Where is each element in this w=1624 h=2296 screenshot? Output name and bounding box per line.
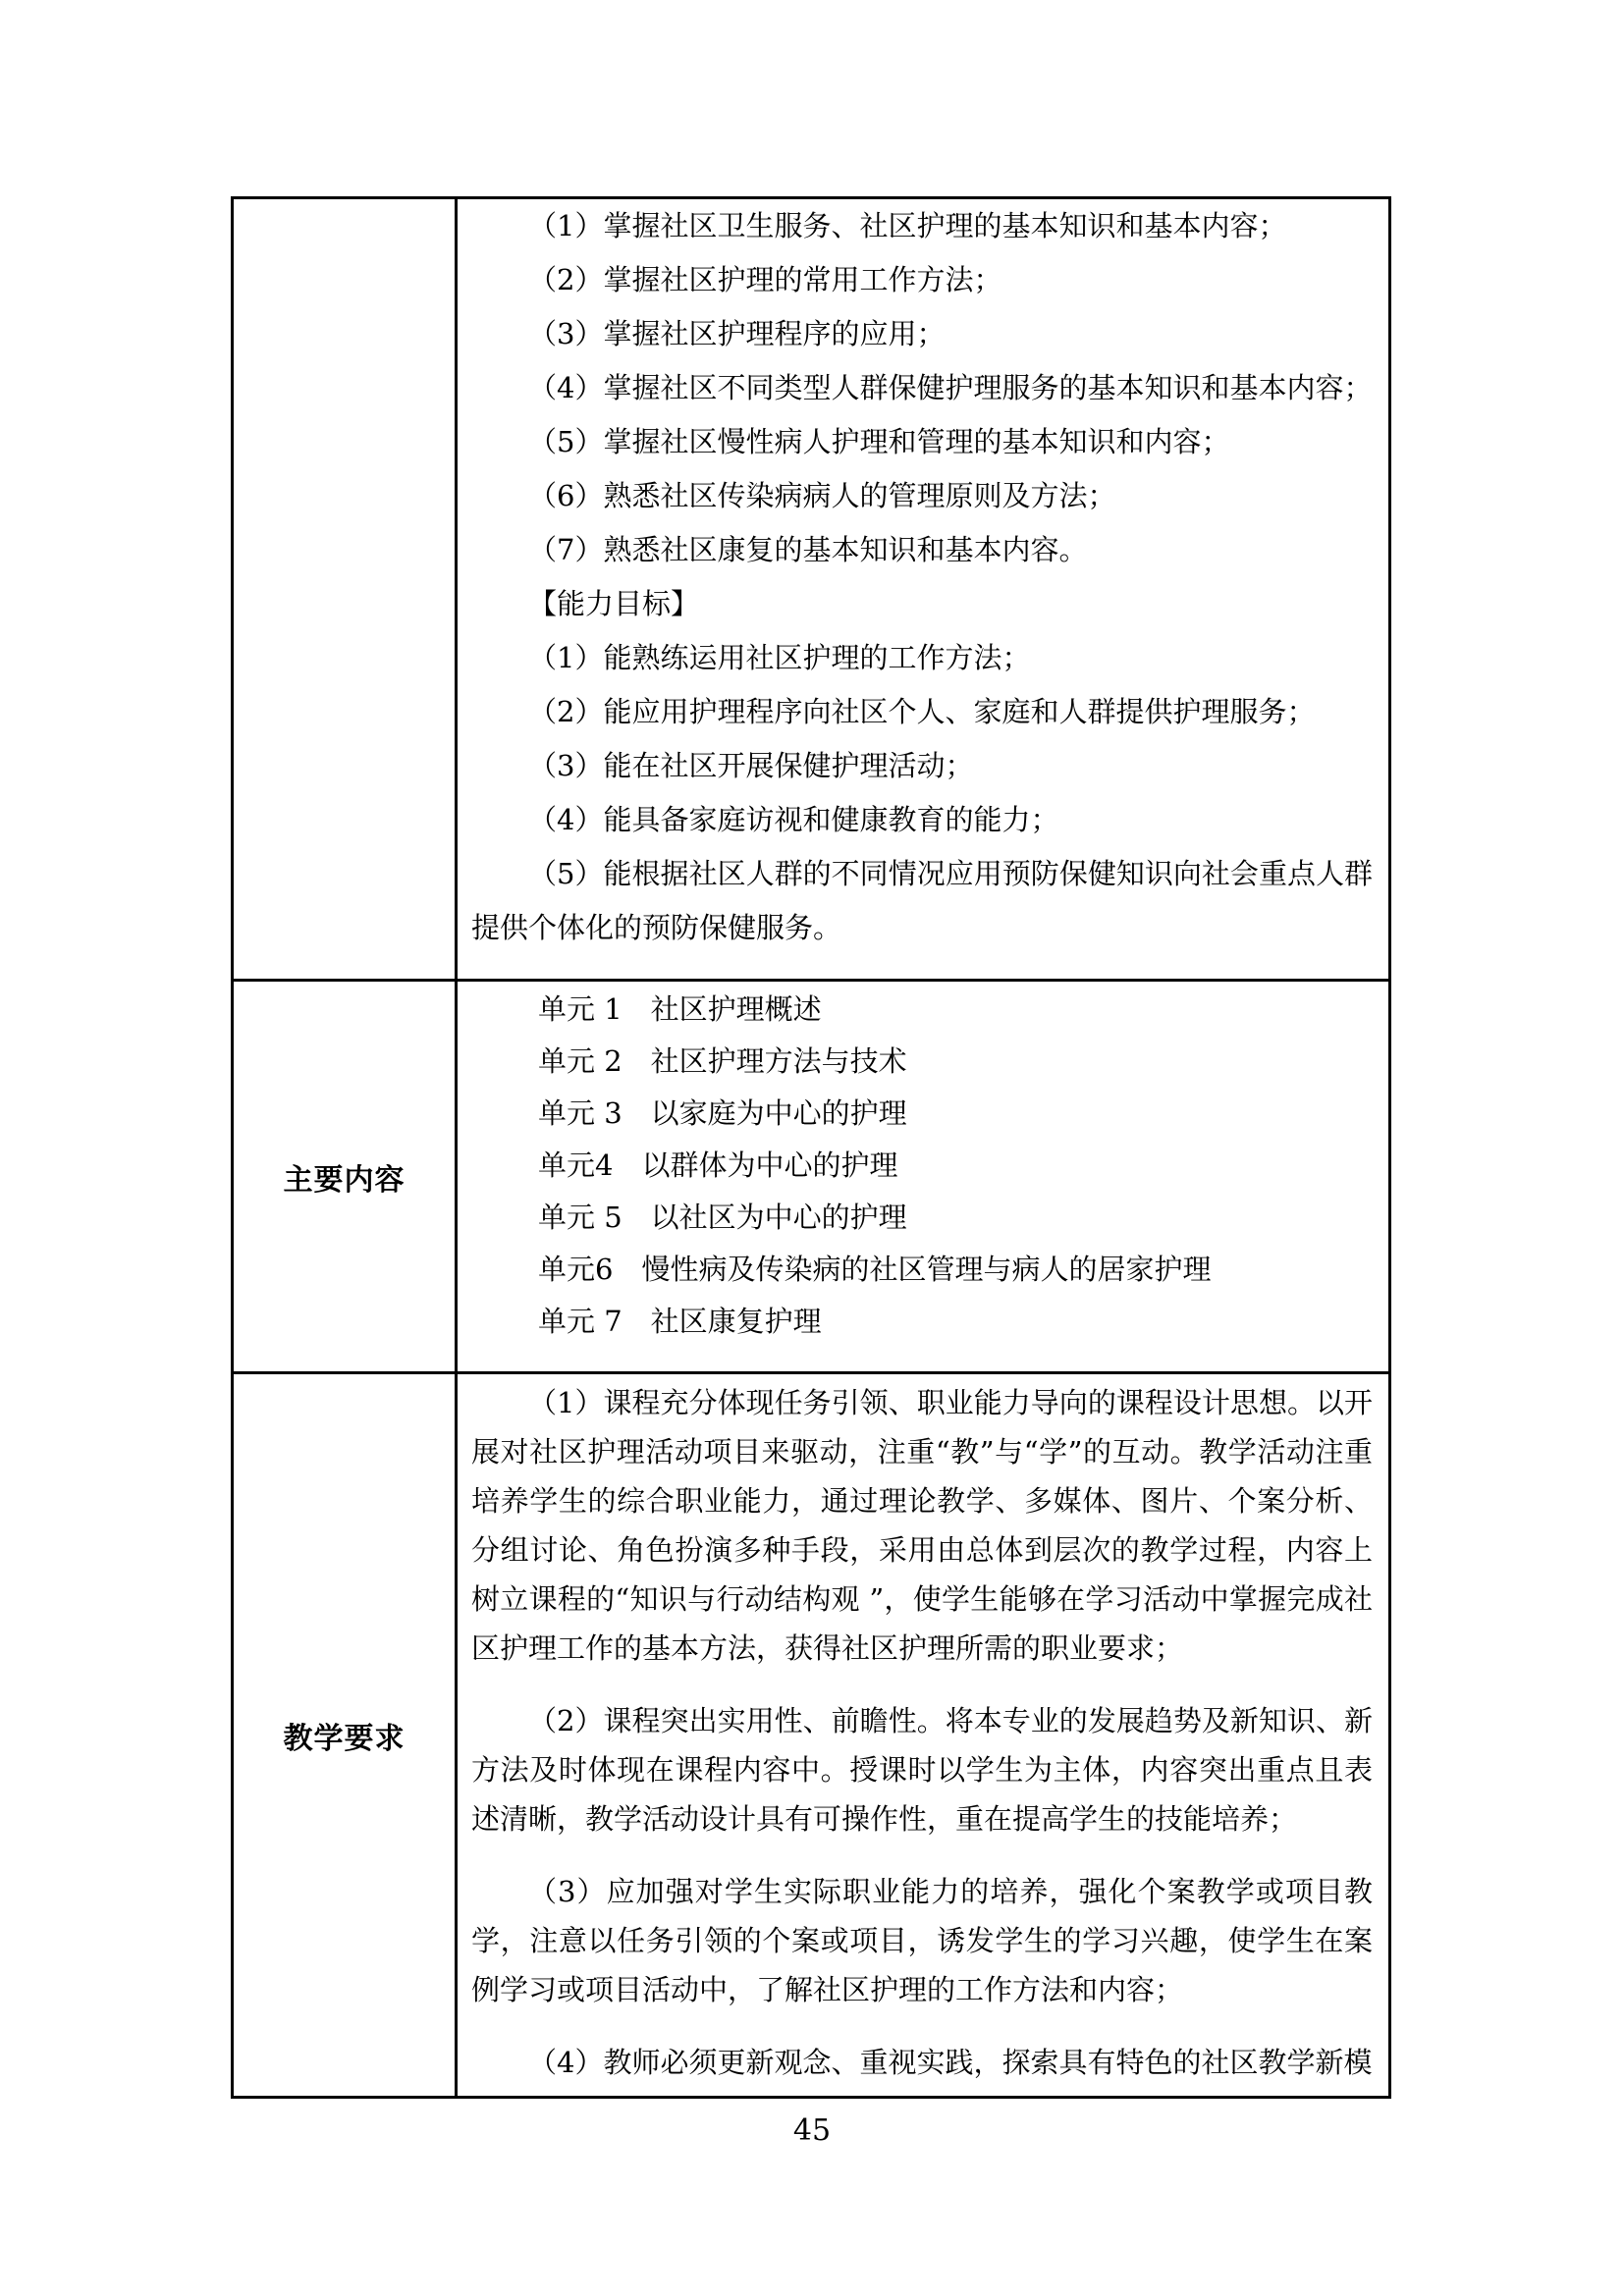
- unit-item: 单元 2 社区护理方法与技术: [471, 1036, 1373, 1088]
- objectives-content-cell: （1）掌握社区卫生服务、社区护理的基本知识和基本内容； （2）掌握社区护理的常用…: [458, 199, 1388, 979]
- curriculum-table: （1）掌握社区卫生服务、社区护理的基本知识和基本内容； （2）掌握社区护理的常用…: [231, 196, 1391, 2099]
- ability-item: （5）能根据社区人群的不同情况应用预防保健知识向社会重点人群提供个体化的预防保健…: [471, 847, 1373, 955]
- ability-item: （2）能应用护理程序向社区个人、家庭和人群提供护理服务；: [471, 685, 1373, 739]
- table-row-teaching-requirements: 教学要求 （1）课程充分体现任务引领、职业能力导向的课程设计思想。以开展对社区护…: [234, 1371, 1388, 2096]
- row-label-teaching-requirements: 教学要求: [234, 1374, 458, 2096]
- unit-item: 单元 7 社区康复护理: [471, 1296, 1373, 1348]
- document-page: （1）掌握社区卫生服务、社区护理的基本知识和基本内容； （2）掌握社区护理的常用…: [0, 0, 1624, 2296]
- unit-item: 单元6 慢性病及传染病的社区管理与病人的居家护理: [471, 1244, 1373, 1296]
- main-content-cell: 单元 1 社区护理概述 单元 2 社区护理方法与技术 单元 3 以家庭为中心的护…: [458, 982, 1388, 1371]
- requirement-paragraph: （1）课程充分体现任务引领、职业能力导向的课程设计思想。以开展对社区护理活动项目…: [471, 1378, 1373, 1673]
- knowledge-item: （5）掌握社区慢性病人护理和管理的基本知识和内容；: [471, 415, 1373, 469]
- requirement-paragraph: （2）课程突出实用性、前瞻性。将本专业的发展趋势及新知识、新方法及时体现在课程内…: [471, 1696, 1373, 1843]
- knowledge-item: （1）掌握社区卫生服务、社区护理的基本知识和基本内容；: [471, 199, 1373, 253]
- unit-item: 单元 5 以社区为中心的护理: [471, 1192, 1373, 1244]
- requirement-paragraph: （4）教师必须更新观念、重视实践，探索具有特色的社区教学新模: [471, 2038, 1373, 2087]
- unit-item: 单元 1 社区护理概述: [471, 984, 1373, 1036]
- table-row-objectives: （1）掌握社区卫生服务、社区护理的基本知识和基本内容； （2）掌握社区护理的常用…: [234, 199, 1388, 979]
- ability-item: （1）能熟练运用社区护理的工作方法；: [471, 631, 1373, 685]
- table-row-main-content: 主要内容 单元 1 社区护理概述 单元 2 社区护理方法与技术 单元 3 以家庭…: [234, 979, 1388, 1371]
- ability-item: （4）能具备家庭访视和健康教育的能力；: [471, 793, 1373, 847]
- teaching-requirements-cell: （1）课程充分体现任务引领、职业能力导向的课程设计思想。以开展对社区护理活动项目…: [458, 1374, 1388, 2096]
- requirement-paragraph: （3）应加强对学生实际职业能力的培养，强化个案教学或项目教学，注意以任务引领的个…: [471, 1867, 1373, 2014]
- knowledge-item: （4）掌握社区不同类型人群保健护理服务的基本知识和基本内容；: [471, 361, 1373, 415]
- knowledge-item: （6）熟悉社区传染病病人的管理原则及方法；: [471, 469, 1373, 523]
- row-label-main-content: 主要内容: [234, 982, 458, 1371]
- knowledge-item: （3）掌握社区护理程序的应用；: [471, 307, 1373, 361]
- row-label-objectives: [234, 199, 458, 979]
- unit-item: 单元 3 以家庭为中心的护理: [471, 1088, 1373, 1140]
- unit-item: 单元4 以群体为中心的护理: [471, 1140, 1373, 1192]
- ability-item: （3）能在社区开展保健护理活动；: [471, 739, 1373, 793]
- knowledge-item: （7）熟悉社区康复的基本知识和基本内容。: [471, 523, 1373, 577]
- knowledge-item: （2）掌握社区护理的常用工作方法；: [471, 253, 1373, 307]
- ability-heading: 【能力目标】: [471, 577, 1373, 631]
- page-number: 45: [0, 2115, 1624, 2147]
